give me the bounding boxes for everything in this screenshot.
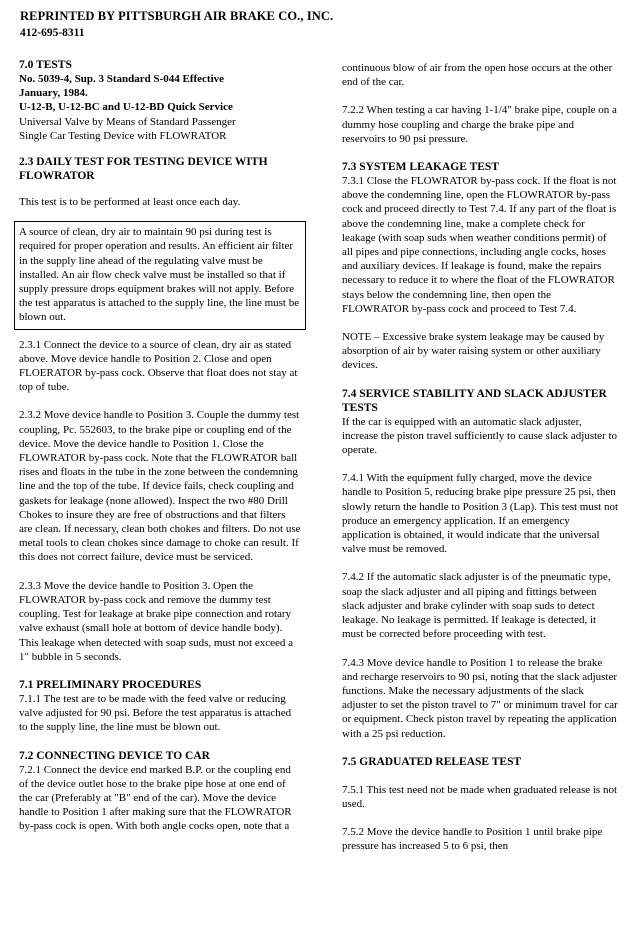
tests-heading: 7.0 TESTS [19,58,301,72]
leakage-heading: 7.3 SYSTEM LEAKAGE TEST [342,160,618,174]
leakage-section: 7.3 SYSTEM LEAKAGE TEST 7.3.1 Close the … [342,160,618,316]
spec-line-2: January, 1984. [19,86,301,100]
reprint-title: REPRINTED BY PITTSBURGH AIR BRAKE CO., I… [20,8,620,25]
preliminary-heading: 7.1 PRELIMINARY PROCEDURES [19,678,301,692]
paragraph-7-4-1: 7.4.1 With the equipment fully charged, … [342,471,618,556]
paragraph-7-4-2: 7.4.2 If the automatic slack adjuster is… [342,570,618,641]
preliminary-section: 7.1 PRELIMINARY PROCEDURES 7.1.1 The tes… [19,678,301,735]
air-supply-note-text: A source of clean, dry air to maintain 9… [19,225,301,324]
spec-line-5: Single Car Testing Device with FLOWRATOR [19,129,301,143]
paragraph-7-5-2: 7.5.2 Move the device handle to Position… [342,825,618,853]
stability-heading: 7.4 SERVICE STABILITY AND SLACK ADJUSTER… [342,387,618,415]
air-supply-note-box: A source of clean, dry air to maintain 9… [14,221,306,329]
paragraph-7-5-1: 7.5.1 This test need not be made when gr… [342,783,618,811]
left-column: 7.0 TESTS No. 5039-4, Sup. 3 Standard S-… [19,58,301,848]
paragraph-7-2-1-continued: continuous blow of air from the open hos… [342,61,618,89]
graduated-heading: 7.5 GRADUATED RELEASE TEST [342,755,618,769]
paragraph-7-2-1: 7.2.1 Connect the device end marked B.P.… [19,763,301,834]
spec-line-3: U-12-B, U-12-BC and U-12-BD Quick Servic… [19,100,301,114]
spec-line-1: No. 5039-4, Sup. 3 Standard S-044 Effect… [19,72,301,86]
connecting-heading: 7.2 CONNECTING DEVICE TO CAR [19,749,301,763]
paragraph-2-3-2: 2.3.2 Move device handle to Position 3. … [19,408,301,564]
tests-spec-block: 7.0 TESTS No. 5039-4, Sup. 3 Standard S-… [19,58,301,143]
daily-test-intro: This test is to be performed at least on… [19,195,301,209]
leakage-note: NOTE – Excessive brake system leakage ma… [342,330,618,373]
stability-intro: If the car is equipped with an automatic… [342,415,618,458]
phone-number: 412-695-8311 [20,25,620,41]
paragraph-7-4-3: 7.4.3 Move device handle to Position 1 t… [342,656,618,741]
daily-test-heading: 2.3 DAILY TEST FOR TESTING DEVICE WITH F… [19,155,301,183]
paragraph-7-2-2: 7.2.2 When testing a car having 1-1/4" b… [342,103,618,146]
page-header: REPRINTED BY PITTSBURGH AIR BRAKE CO., I… [20,8,620,41]
paragraph-7-3-1: 7.3.1 Close the FLOWRATOR by-pass cock. … [342,174,618,316]
connecting-section: 7.2 CONNECTING DEVICE TO CAR 7.2.1 Conne… [19,749,301,834]
paragraph-2-3-3: 2.3.3 Move the device handle to Position… [19,579,301,664]
document-page: REPRINTED BY PITTSBURGH AIR BRAKE CO., I… [0,0,632,951]
paragraph-7-1-1: 7.1.1 The test are to be made with the f… [19,692,301,735]
stability-section: 7.4 SERVICE STABILITY AND SLACK ADJUSTER… [342,387,618,458]
paragraph-2-3-1: 2.3.1 Connect the device to a source of … [19,338,301,395]
right-column: continuous blow of air from the open hos… [342,61,618,868]
spec-line-4: Universal Valve by Means of Standard Pas… [19,115,301,129]
